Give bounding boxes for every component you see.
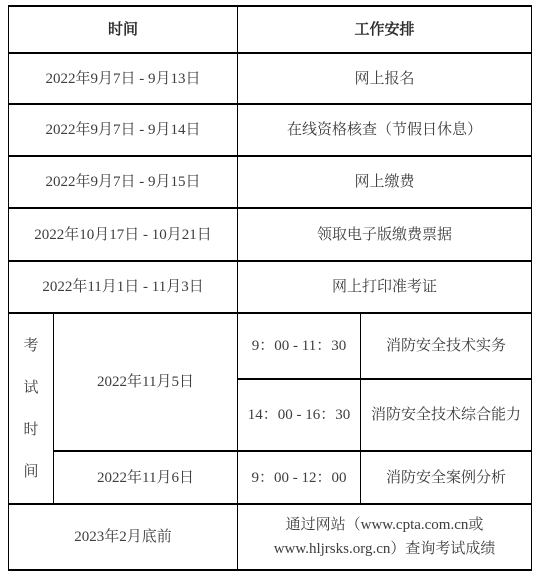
exam-time-vertical-label: 考 试 时 间 [9,313,54,504]
row-work-registration: 网上报名 [238,53,532,104]
exam-section-row: 考 试 时 间 2022年11月5日 9：00 - 11：30 消防安全技术实务 [9,313,532,379]
row-work-payment: 网上缴费 [238,156,532,208]
label-char: 时 [23,418,38,442]
row-time-registration: 2022年9月7日 - 9月13日 [9,53,238,104]
exam-schedule-page: 时间 工作安排 2022年9月7日 - 9月13日 网上报名 2022年9月7日… [0,0,539,575]
exam-schedule-table: 时间 工作安排 2022年9月7日 - 9月13日 网上报名 2022年9月7日… [8,5,532,571]
column-header-work: 工作安排 [238,6,532,53]
exam-date-day1: 2022年11月5日 [54,313,238,451]
exam-session-subject: 消防安全技术综合能力 [361,379,532,451]
results-time: 2023年2月底前 [9,504,238,570]
exam-time-label-chars: 考 试 时 间 [15,334,47,484]
table-header-row: 时间 工作安排 [9,6,532,53]
exam-session-subject: 消防安全案例分析 [361,451,532,504]
results-work: 通过网站（www.cpta.com.cn或 www.hljrsks.org.cn… [238,504,532,570]
results-work-line2: www.hljrsks.org.cn）查询考试成绩 [244,537,525,561]
table-row: 2022年9月7日 - 9月14日 在线资格核查（节假日休息） [9,104,532,156]
table-row: 2022年10月17日 - 10月21日 领取电子版缴费票据 [9,208,532,261]
row-time-invoice: 2022年10月17日 - 10月21日 [9,208,238,261]
row-time-qualification-check: 2022年9月7日 - 9月14日 [9,104,238,156]
row-work-admission-ticket: 网上打印准考证 [238,261,532,313]
table-row: 2022年11月1日 - 11月3日 网上打印准考证 [9,261,532,313]
row-work-invoice: 领取电子版缴费票据 [238,208,532,261]
exam-section-row: 2022年11月6日 9：00 - 12：00 消防安全案例分析 [9,451,532,504]
table-row: 2022年9月7日 - 9月15日 网上缴费 [9,156,532,208]
exam-session-subject: 消防安全技术实务 [361,313,532,379]
exam-session-time: 9：00 - 12：00 [238,451,361,504]
exam-date-day2: 2022年11月6日 [54,451,238,504]
exam-session-time: 14：00 - 16：30 [238,379,361,451]
row-time-payment: 2022年9月7日 - 9月15日 [9,156,238,208]
column-header-time: 时间 [9,6,238,53]
label-char: 考 [23,334,38,358]
row-work-qualification-check: 在线资格核查（节假日休息） [238,104,532,156]
label-char: 试 [23,376,38,400]
label-char: 间 [23,460,38,484]
table-row: 2022年9月7日 - 9月13日 网上报名 [9,53,532,104]
row-time-admission-ticket: 2022年11月1日 - 11月3日 [9,261,238,313]
results-work-line1: 通过网站（www.cpta.com.cn或 [244,513,525,537]
exam-session-time: 9：00 - 11：30 [238,313,361,379]
results-row: 2023年2月底前 通过网站（www.cpta.com.cn或 www.hljr… [9,504,532,570]
